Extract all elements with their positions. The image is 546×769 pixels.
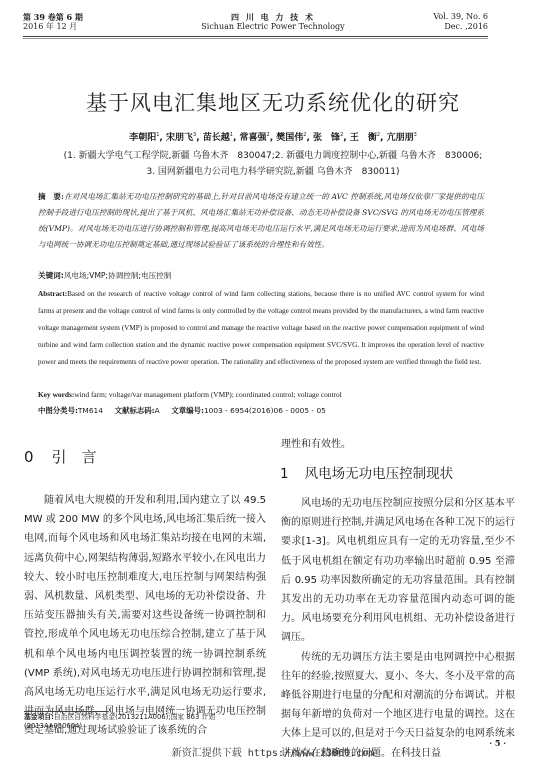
keywords-en: Key words:wind farm; voltage/var managem… (38, 390, 342, 399)
keywords-cn-label: 关键词: (38, 271, 64, 280)
download-watermark: 新资汇提供下载 https://www.z3060.com (0, 744, 546, 759)
continuation-text: 理性和有效性。 (281, 435, 351, 450)
funding-label: 基金项目: (24, 713, 54, 721)
classification-line: 中图分类号:TM614 文献标志码:A 文章编号:1003 - 6954(201… (38, 405, 326, 416)
footnote-rule (24, 711, 108, 712)
keywords-cn-text: 风电场;VMP;协调控制;电压控制 (64, 271, 172, 280)
section-title: 风电场无功电压控制现状 (305, 466, 454, 482)
header-rule (23, 36, 488, 37)
author: 樊国伟2 (276, 133, 306, 143)
volume-en: Vol. 39, No. 6 (433, 12, 488, 22)
keywords-en-label: Key words: (38, 390, 74, 399)
author: 张 锋2 (313, 133, 343, 143)
author: 李朝阳1 (129, 133, 159, 143)
affiliation-line-2: 3. 国网新疆电力公司电力科学研究院,新疆 乌鲁木齐 830011) (0, 164, 546, 177)
section-1-body: 风电场的无功电压控制应按照分层和分区基本平衡的原则进行控制,并满足风电场在各种工… (281, 494, 515, 763)
abstract-en: Abstract:Based on the research of reacti… (38, 286, 484, 371)
paper-title: 基于风电汇集地区无功系统优化的研究 (0, 87, 546, 117)
abstract-en-label: Abstract: (38, 290, 67, 298)
doc-code-value: A (155, 406, 160, 415)
section-number: 1 (280, 466, 289, 482)
section-1-paragraph-1: 风电场的无功电压控制应按照分层和分区基本平衡的原则进行控制,并满足风电场在各种工… (281, 494, 515, 648)
section-title: 引 言 (52, 448, 97, 466)
header-volume-en: Vol. 39, No. 6 Dec. ,2016 (433, 12, 488, 32)
section-1-heading: 1风电场无功电压控制现状 (280, 462, 453, 482)
abstract-en-text: Based on the research of reactive voltag… (38, 290, 484, 366)
clc-value: TM614 (78, 406, 103, 415)
keywords-en-text: wind farm; voltage/var management platfo… (74, 390, 341, 399)
author: 王 衡2 (350, 133, 380, 143)
abstract-cn: 摘 要:在对风电场汇集站无功电压控制研究的基础上,针对目前风电场没有建立统一的 … (38, 189, 484, 253)
abstract-cn-text: 在对风电场汇集站无功电压控制研究的基础上,针对目前风电场没有建立统一的 AVC … (38, 192, 484, 249)
author-list: 李朝阳1, 宋朋飞3, 苗长越1, 常喜强2, 樊国伟2, 张 锋2, 王 衡2… (0, 130, 546, 143)
keywords-cn: 关键词:风电场;VMP;协调控制;电压控制 (38, 270, 171, 281)
author: 苗长越1 (203, 133, 233, 143)
article-number-label: 文章编号: (171, 406, 204, 415)
author: 亢朋朋3 (387, 133, 417, 143)
header-rule-thin (23, 38, 488, 39)
doc-code-label: 文献标志码: (115, 406, 155, 415)
section-0-heading: 0引 言 (24, 446, 115, 467)
funding-note: 基金项目:自治区自然科学基金(2013211A006);国家 863 计划(20… (24, 713, 266, 730)
abstract-cn-label: 摘 要: (38, 192, 64, 201)
section-number: 0 (24, 448, 34, 466)
affiliation-line-1: (1. 新疆大学电气工程学院,新疆 乌鲁木齐 830047;2. 新疆电力调度控… (0, 148, 546, 161)
date-en: Dec. ,2016 (433, 22, 488, 32)
author: 宋朋飞3 (166, 133, 196, 143)
clc-label: 中图分类号: (38, 406, 78, 415)
article-number-value: 1003 - 6954(2016)06 - 0005 - 05 (204, 406, 326, 415)
author: 常喜强2 (240, 133, 270, 143)
introduction-paragraph: 随着风电大规模的开发和利用,国内建立了以 49.5 MW 或 200 MW 的多… (24, 491, 266, 741)
